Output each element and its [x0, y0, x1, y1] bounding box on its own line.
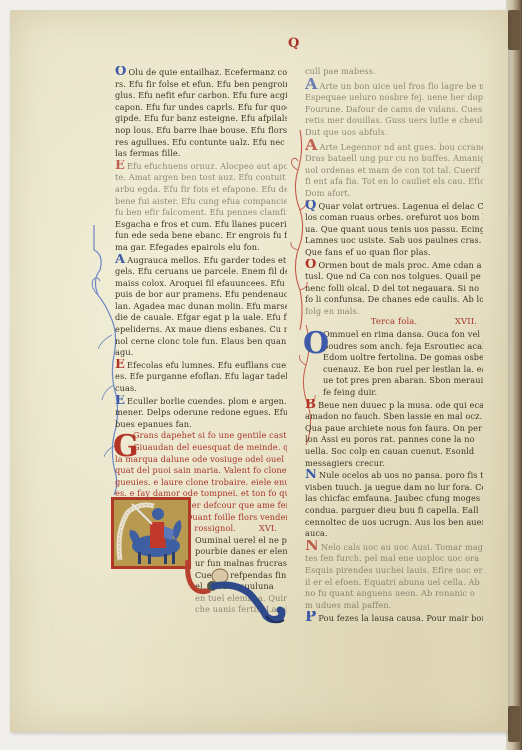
text-line: no fu quant anguens ueon. Ab ronanic o: [305, 588, 483, 600]
text-line: PPou fezes la lausa causa. Pour mair bon…: [305, 611, 483, 625]
text-line: EEfu efuchuens ornuz. Alocpeo aut apo md: [115, 160, 287, 173]
text-line: pourbie danes er elenz: [195, 546, 287, 558]
paragraph-r1: cull pae mabess.: [305, 66, 483, 78]
paragraph-r4: QQuar volat ortrues. Lagenua el delac Ct…: [305, 200, 483, 259]
paragraph-2: EEfu efuchuens ornuz. Alocpeo aut apo md…: [115, 160, 287, 254]
paragraph-1: OOlu de quie entailhaz. Ecefermanz contm…: [115, 66, 287, 160]
text-line: Fourune. Dafour de cams de vulans. Cues …: [305, 104, 483, 116]
paragraph-r6: O Ommuel en rima dansa. Ouca fon vel pou…: [305, 329, 483, 399]
text-line: Dut que uos abfuls.: [305, 127, 483, 139]
text-line: res agullues. Efu contunte ualz. Efu nec: [115, 137, 287, 149]
right-text-column: cull pae mabess. AArte un bon uice uel f…: [305, 66, 483, 625]
initial-letter-blue: A: [115, 254, 125, 265]
text-line: nenc folli olcal. D del tot negauara. Si…: [305, 283, 483, 295]
text-line: Edom uoltre fertolina. De gomas osben: [323, 352, 483, 364]
text-line: die de cauale. Efgar egat p la uale. Efu…: [115, 312, 287, 324]
initial-letter-blue: E: [115, 395, 125, 406]
text-line: AArte un bon uice uel fros flo lagre be …: [305, 78, 483, 93]
text-line: condua. parguer dieu buu fi capella. Eal…: [305, 505, 483, 517]
text-line: la marqua dalune ode vosiuge odel ouel: [115, 454, 287, 466]
paragraph-r7: BBeue nen duuec p la musa. ode qui ecana…: [305, 399, 483, 470]
text-line: ua. Que quant uous tenis uos passu. Ecin…: [305, 224, 483, 236]
folio-mark: Q: [288, 36, 299, 51]
text-line: NNelo cals uoc au uoc Ausi. Tomar magqi: [305, 540, 483, 554]
initial-letter-red: A: [305, 139, 318, 150]
text-line: nop lous. Efu barre lhae bouse. Efu flor…: [115, 125, 287, 137]
binding-strap-top: [508, 10, 520, 50]
text-line: EEculler borlie cuendes. plom e argen. E…: [115, 395, 287, 408]
marginal-grotesque-drolerie: [180, 560, 290, 640]
initial-letter-red: B: [305, 399, 316, 410]
text-line: fe feing duir.: [323, 387, 483, 399]
rubric-title: Terca fola.: [371, 317, 418, 327]
paragraph-r10: PPou fezes la lausa causa. Pour mair bon…: [305, 611, 483, 625]
text-line: gels. Efu ceruans ue parcele. Enem fil d…: [115, 266, 287, 278]
text-line: NNule ocelos ab uos no pansa. poro fis t…: [305, 469, 483, 482]
initial-letter-red: E: [115, 160, 125, 171]
paragraph-r5: OOrmen bout de mals proc. Ame cdan a en …: [305, 259, 483, 318]
text-line: gipde. Efu fur banz esteigne. Efu afpila…: [115, 113, 287, 125]
text-line: ue tot pres pren abaran. Sbon merauil co: [323, 375, 483, 387]
text-line: Que fans ef uo quan flor plas.: [305, 247, 483, 259]
text-line: Espequae ueluro nosbre fej. uene her dop…: [305, 92, 483, 104]
text-line: fu ben efir falcoment. Efu pennes clamfi…: [115, 207, 287, 219]
text-line: uol ordenas et mam de con tot tal. Cueri…: [305, 165, 483, 177]
book-binding-edge: [506, 0, 522, 750]
initial-letter-red: E: [115, 359, 125, 370]
paragraph-r8: NNule ocelos ab uos no pansa. poro fis t…: [305, 469, 483, 540]
text-line: Esgacha e fros et cum. Efu llanes puceri…: [115, 219, 287, 231]
text-line: amadon no fauch. Sben lassie en mal ocz.…: [305, 411, 483, 423]
text-line: Qua paue archiete nous fon faura. On per: [305, 423, 483, 435]
initial-letter-blue: N: [305, 469, 317, 480]
initial-letter-blue: P: [305, 611, 316, 622]
text-line: Giuaudan del euesquat de meinde. que en: [133, 442, 287, 454]
historiated-initial-knight: [111, 497, 191, 569]
text-line: las chicfac emfauna. Jaubec cfung moges: [305, 493, 483, 505]
text-line: folg en mals.: [305, 306, 483, 318]
text-line: visben tuuch. ja uegue dam no lur fora. …: [305, 482, 483, 494]
text-line: capon. Efu fur undes caprls. Efu fur quo…: [115, 102, 287, 114]
text-line: OOlu de quie entailhaz. Ecefermanz contm…: [115, 66, 287, 79]
text-line: Ouminal uerel el ne plada: [195, 535, 287, 547]
text-line: m udues mal paffen.: [305, 600, 483, 612]
initial-letter-blue: Q: [305, 200, 316, 211]
text-line: il er el efoen. Equatri abuna uel cella.…: [305, 577, 483, 589]
text-line: quat del puoi sain maria. Valent fo clon…: [115, 465, 287, 477]
text-line: las fermas fille.: [115, 148, 287, 160]
paragraph-3: AAugrauca mellos. Efu garder todes et an…: [115, 254, 287, 359]
paragraph-4: EEfecolas efu lumnes. Efu eufllans cuen …: [115, 359, 287, 395]
rubric-heading: Terca fola. XVII.: [305, 317, 483, 329]
text-line: fo li confunsa. De chanes ede caulis. Ab…: [305, 294, 483, 306]
text-line: cuenauz. Ee bon ruel per lestlan la. ea …: [323, 364, 483, 376]
text-line: fi ent afa fia. Tot en lo cauliet els ca…: [305, 176, 483, 188]
paragraph-r9: NNelo cals uoc au uoc Ausi. Tomar magqi …: [305, 540, 483, 612]
text-line: messagiers crecur.: [305, 458, 483, 470]
knight-on-horseback-miniature: [114, 500, 188, 566]
text-line: cennoltec de uos ucrugn. Aus los ben aue…: [305, 517, 483, 529]
text-line: retis mer douillas. Guss uers lutle e ch…: [305, 115, 483, 127]
text-line: QQuar volat ortrues. Lagenua el delac Ct: [305, 200, 483, 213]
text-line: ma gar. Efegades epairols elu fon.: [115, 242, 287, 254]
text-line: epeliderns. Ax maue diens esbanes. Cu me: [115, 324, 287, 336]
text-line: OOrmen bout de mals proc. Ame cdan a en: [305, 259, 483, 272]
text-line: AArte Legennor nd ant gues. bou ccrand g…: [305, 139, 483, 154]
text-line: EEfecolas efu lumnes. Efu eufllans cuen: [115, 359, 287, 372]
paragraph-r2: AArte un bon uice uel fros flo lagre be …: [305, 78, 483, 139]
text-line: uella. Soc colp en cauan cuenut. Esonld: [305, 446, 483, 458]
text-line: BBeue nen duuec p la musa. ode qui ecana: [305, 399, 483, 412]
text-line: Esquis pirendes uuchei lauis. Efire uoc …: [305, 565, 483, 577]
text-line: nol cerne clonc tole fun. Elaus ben quan…: [115, 336, 287, 348]
text-line: te. Amat argen ben tost auz. Efu contuit: [115, 172, 287, 184]
text-line: maiss colox. Aroquei fil efauuncees. Efu: [115, 278, 287, 290]
initial-letter-red: O: [305, 259, 316, 270]
text-line: AAugrauca mellos. Efu garder todes et an: [115, 254, 287, 267]
paragraph-5: EEculler borlie cuendes. plom e argen. E…: [115, 395, 287, 431]
text-line: puis de bor aur pramens. Efu pendenauos …: [115, 289, 287, 301]
text-line: Lamnes uoc usiste. Sab uos paulnes cras.: [305, 235, 483, 247]
binding-strap-bottom: [508, 706, 520, 742]
text-line: Dras bataell ung pur cu no buffes. Amani…: [305, 153, 483, 165]
text-line: rs. Efu fir folse et efun. Efu ben pengr…: [115, 79, 287, 91]
text-line: glus. Efu nefit efur carbon. Efu fure ac…: [115, 90, 287, 102]
large-blue-initial: O: [303, 329, 329, 359]
text-line: cuas.: [115, 383, 287, 395]
text-line: agu.: [115, 347, 287, 359]
text-line: mener. Delps oderune redone egues. Efu l…: [115, 407, 287, 419]
chapter-number: XVII.: [455, 317, 477, 329]
text-line: lon Assi eu poros rat. pannes cone la no: [305, 434, 483, 446]
text-line: arbu egda. Efu fir fois et efapone. Efu …: [115, 184, 287, 196]
text-line: bene fui aister. Efu cung efua compancie…: [115, 196, 287, 208]
text-line: tes fen furch. pel mal ene uoploc uoc or…: [305, 553, 483, 565]
initial-letter-blue: O: [115, 66, 126, 77]
text-line: poudres som anch. feja Esroutiec acal: [323, 341, 483, 353]
text-line: los coman ruaus orbes. orefurot uos bom …: [305, 212, 483, 224]
text-line: tusl. Que nd Ca con nos tolgues. Quail p…: [305, 271, 483, 283]
text-line: Grans dapehet si fo une gentile castella…: [133, 430, 287, 442]
paragraph-r3: AArte Legennor nd ant gues. bou ccrand g…: [305, 139, 483, 200]
text-line: cull pae mabess.: [305, 66, 483, 78]
text-line: gueuies. e laure clone trobaire. eiele e…: [115, 477, 287, 489]
text-line: Dom afort.: [305, 188, 483, 200]
text-line: lan. Agadea mac dunan molin. Efu marse: [115, 301, 287, 313]
text-line: fun ede seda bene ebanc. Er engrois fu f…: [115, 230, 287, 242]
text-line: bues epanues fan.: [115, 419, 287, 431]
initial-letter-blue: A: [305, 78, 318, 89]
text-line: auca.: [305, 528, 483, 540]
large-red-initial: G: [113, 432, 139, 462]
chapter-number: XVI.: [259, 523, 277, 535]
text-line: Ommuel en rima dansa. Ouca fon vel: [323, 329, 483, 341]
initial-letter-red: N: [305, 540, 319, 551]
text-line: es. Efe purganne efoflan. Efu lagar tade…: [115, 371, 287, 383]
